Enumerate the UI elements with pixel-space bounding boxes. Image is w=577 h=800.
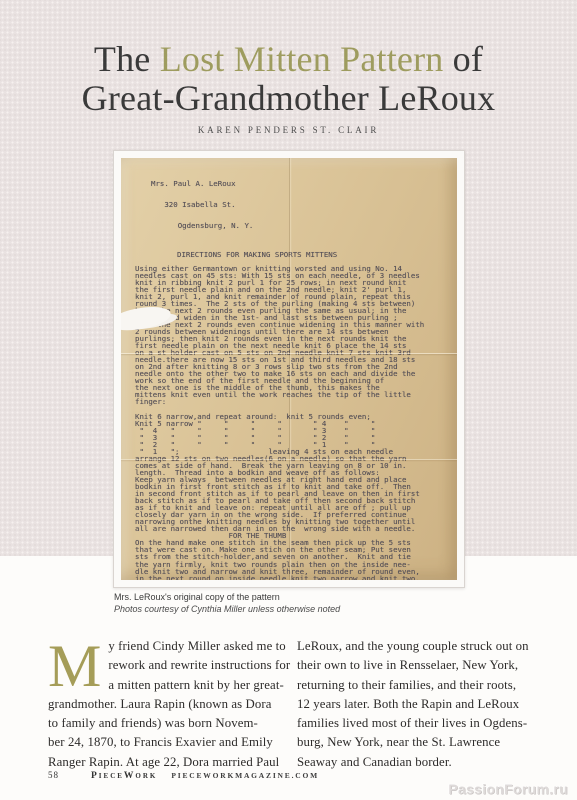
title-accent-text: Lost Mitten Pattern <box>160 39 444 79</box>
letter-body-text: Using either Germantown or knitting wors… <box>135 265 457 580</box>
left-column-intro-text: y friend Cindy Miller asked me to rework… <box>108 637 290 695</box>
page-title-line-1: The Lost Mitten Pattern of <box>0 40 577 79</box>
drop-cap: M <box>48 637 108 691</box>
letter-address-line: Ogdensburg, N. Y. <box>151 222 457 229</box>
left-column-text: grandmother. Laura Rapin (known as Dora … <box>48 695 286 772</box>
page-title-line-2: Great-Grandmother LeRoux <box>0 79 577 118</box>
page-footer: 58 PieceWork pieceworkmagazine.com <box>48 770 319 781</box>
letter-paper: Mrs. Paul A. LeRoux 320 Isabella St. Ogd… <box>121 158 457 580</box>
magazine-name: PieceWork <box>91 771 157 781</box>
author-byline: KAREN PENDERS ST. CLAIR <box>0 125 577 135</box>
magazine-page: The Lost Mitten Pattern of Great-Grandmo… <box>0 0 577 800</box>
drop-cap-row: M y friend Cindy Miller asked me to rewo… <box>48 637 286 695</box>
letter-heading: DIRECTIONS FOR MAKING SPORTS MITTENS <box>121 244 457 265</box>
letter-address: Mrs. Paul A. LeRoux 320 Isabella St. Ogd… <box>121 158 457 244</box>
photo-caption: Mrs. LeRoux's original copy of the patte… <box>114 592 340 615</box>
article-body: M y friend Cindy Miller asked me to rewo… <box>48 637 532 772</box>
page-number: 58 <box>48 770 59 780</box>
right-column: LeRoux, and the young couple struck out … <box>297 637 532 772</box>
title-text-pre: The <box>94 39 160 79</box>
left-column: M y friend Cindy Miller asked me to rewo… <box>48 637 286 772</box>
letter-address-line: Mrs. Paul A. LeRoux <box>151 180 457 187</box>
letter-address-line: 320 Isabella St. <box>151 201 457 208</box>
magazine-website: pieceworkmagazine.com <box>171 771 319 780</box>
photo-credit: Photos courtesy of Cynthia Miller unless… <box>114 604 340 616</box>
site-watermark: PassionForum.ru <box>448 781 568 797</box>
caption-text: Mrs. LeRoux's original copy of the patte… <box>114 592 340 604</box>
article-header: The Lost Mitten Pattern of Great-Grandmo… <box>0 40 577 135</box>
right-column-text: LeRoux, and the young couple struck out … <box>297 637 532 772</box>
title-text-post: of <box>443 39 483 79</box>
pattern-photo: Mrs. Paul A. LeRoux 320 Isabella St. Ogd… <box>113 150 465 588</box>
